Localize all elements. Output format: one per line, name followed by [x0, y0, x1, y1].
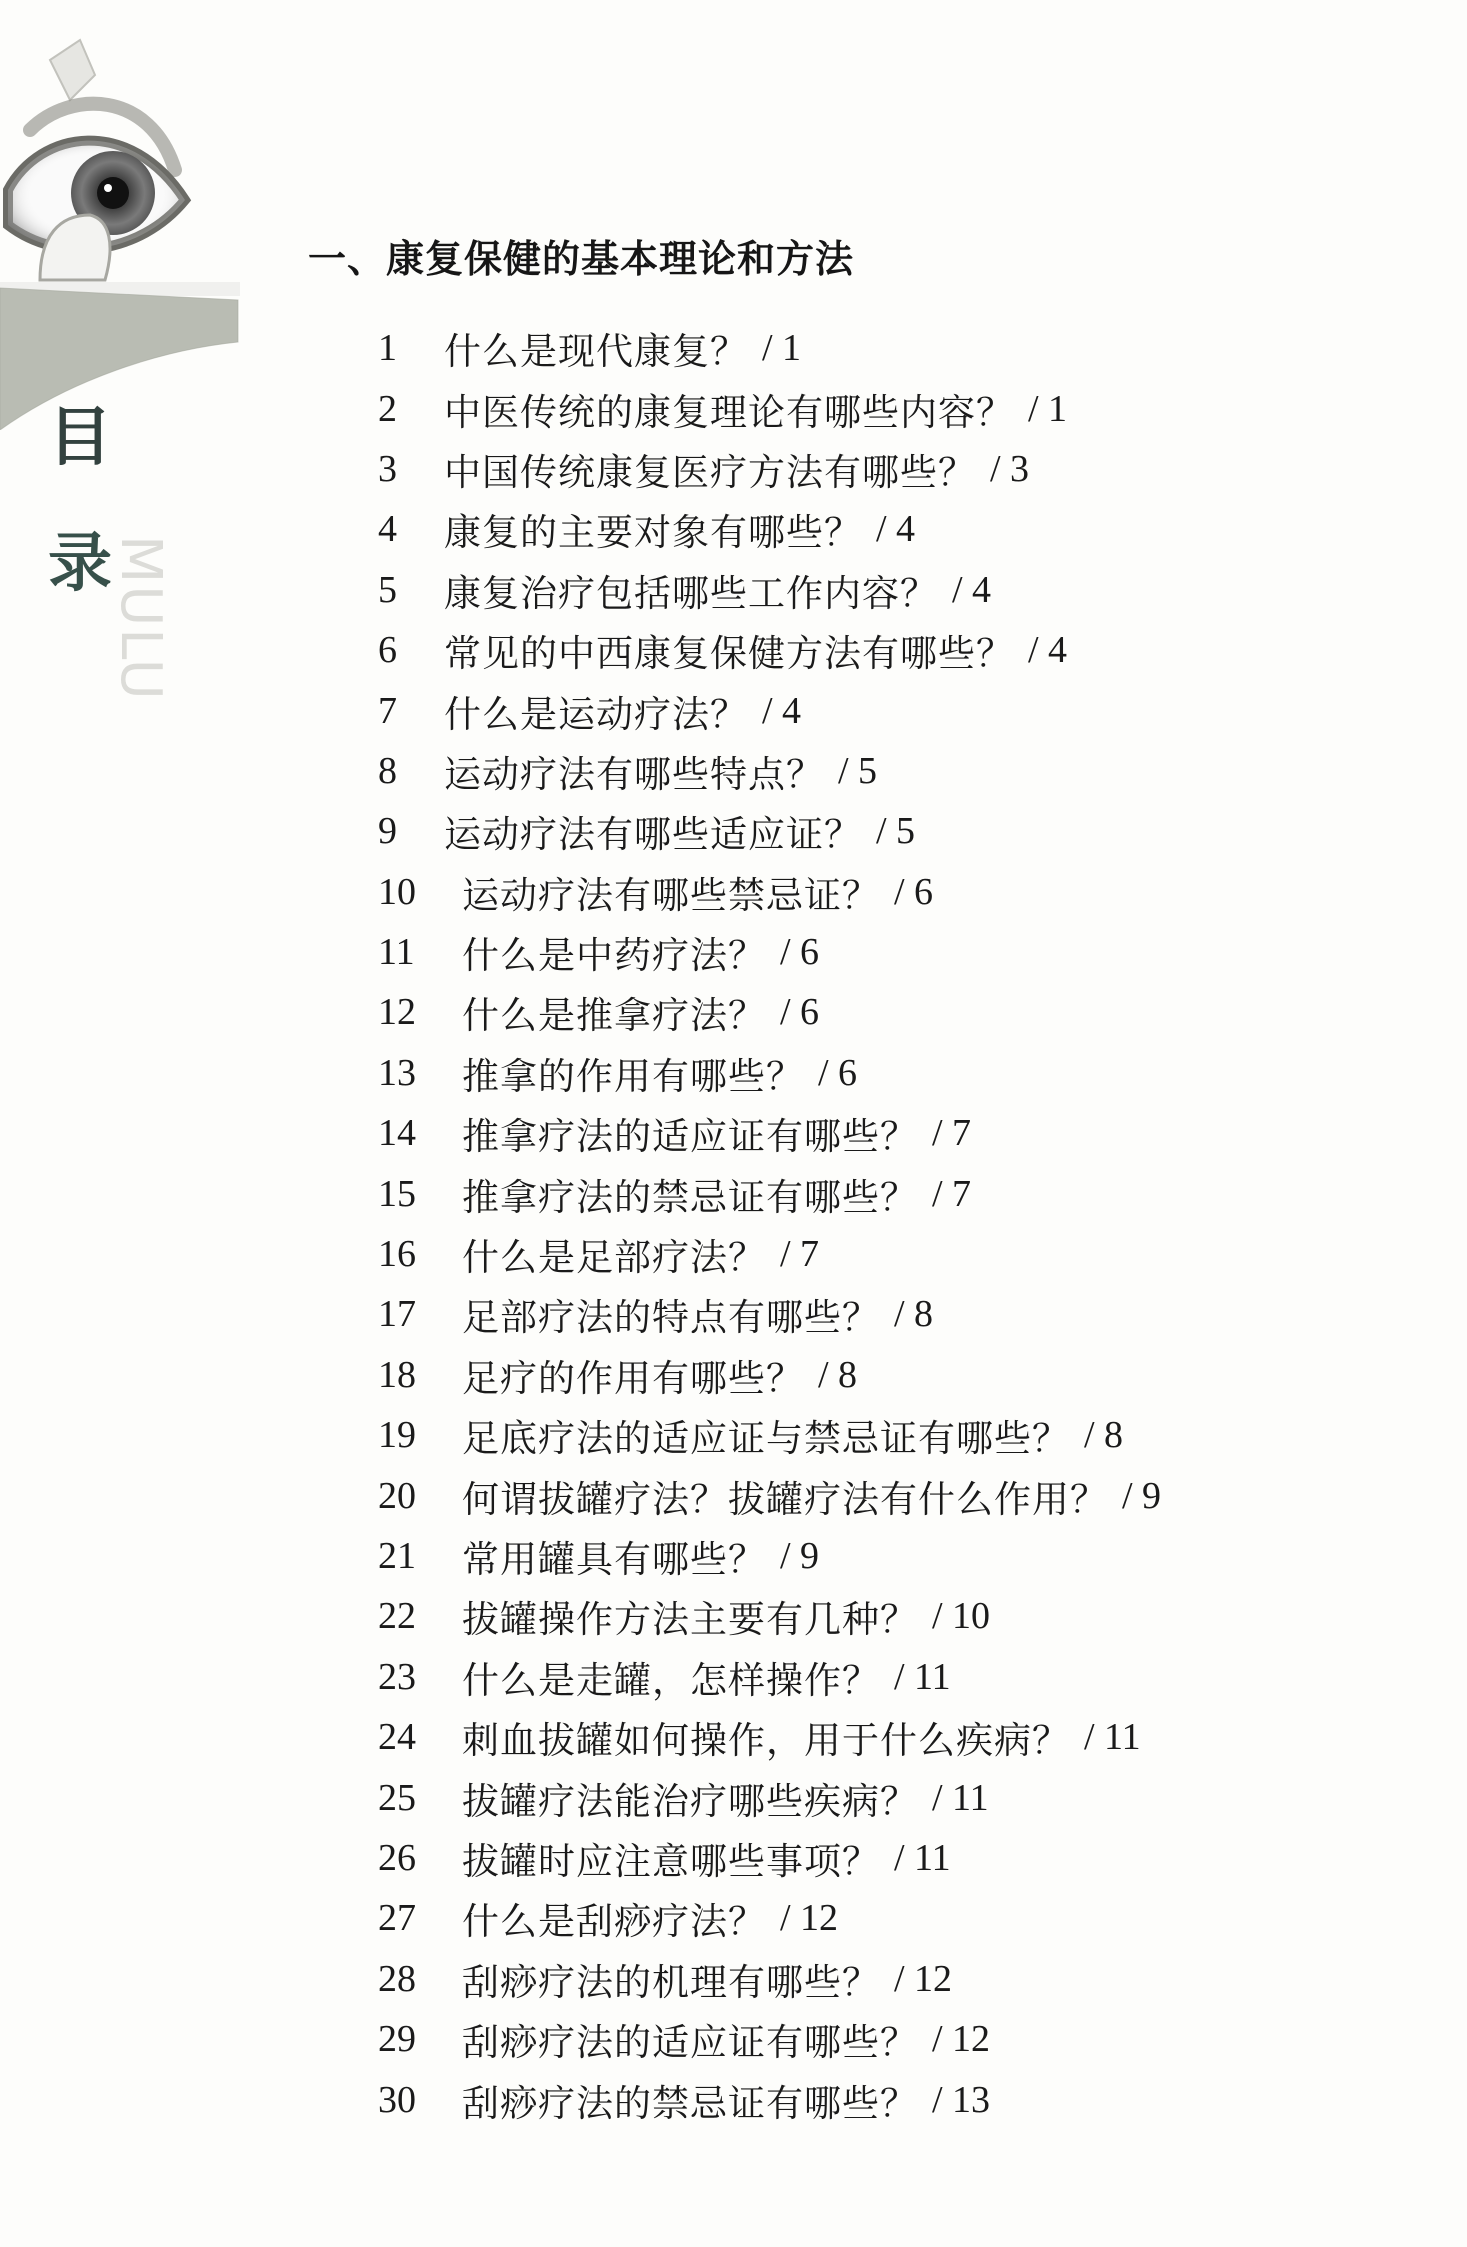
toc-entry-title: 运动疗法有哪些特点？ [444, 744, 824, 798]
toc-entry-number: 19 [378, 1413, 462, 1457]
toc-entry-number: 30 [378, 2078, 462, 2122]
toc-entry-title: 刮痧疗法的适应证有哪些？ [462, 2012, 918, 2066]
toc-entry-number: 3 [378, 447, 444, 491]
toc-entry-title: 康复的主要对象有哪些？ [444, 502, 862, 556]
toc-entry-number: 27 [378, 1896, 462, 1940]
toc-title-char-mu: 目 [48, 406, 112, 470]
toc-entry-number: 20 [378, 1474, 462, 1518]
toc-entry-number: 24 [378, 1715, 462, 1759]
toc-entry-page: / 6 [818, 1051, 857, 1095]
toc-entry-page: / 9 [780, 1534, 819, 1578]
toc-entry[interactable]: 30刮痧疗法的禁忌证有哪些？/ 13 [378, 2069, 1161, 2129]
toc-entry-number: 9 [378, 809, 444, 853]
toc-entry-page: / 13 [932, 2078, 990, 2122]
toc-entry-page: / 12 [780, 1896, 838, 1940]
toc-entry-page: / 11 [932, 1776, 989, 1820]
toc-entry[interactable]: 5康复治疗包括哪些工作内容？/ 4 [378, 560, 1161, 620]
decorative-sidebar: 目 录 MULU [0, 0, 260, 760]
toc-entry-page: / 5 [876, 809, 915, 853]
toc-entry[interactable]: 18足疗的作用有哪些？/ 8 [378, 1345, 1161, 1405]
toc-entry-title: 什么是中药疗法？ [462, 925, 766, 979]
toc-entry-page: / 11 [894, 1836, 951, 1880]
toc-entry-page: / 5 [838, 749, 877, 793]
toc-entry-page: / 11 [1084, 1715, 1141, 1759]
toc-entry-page: / 1 [1028, 387, 1067, 431]
toc-entry-page: / 4 [952, 568, 991, 612]
toc-entry-title: 拔罐操作方法主要有几种？ [462, 1589, 918, 1643]
toc-entry[interactable]: 15推拿疗法的禁忌证有哪些？/ 7 [378, 1163, 1161, 1223]
toc-entry-title: 常见的中西康复保健方法有哪些？ [444, 623, 1014, 677]
toc-entry-number: 2 [378, 387, 444, 431]
toc-entry-title: 推拿的作用有哪些？ [462, 1046, 804, 1100]
toc-entry-title: 中医传统的康复理论有哪些内容？ [444, 382, 1014, 436]
toc-entry-page: / 4 [876, 507, 915, 551]
toc-entry-page: / 11 [894, 1655, 951, 1699]
section-heading: 一、康复保健的基本理论和方法 [308, 228, 854, 283]
toc-entry[interactable]: 4康复的主要对象有哪些？/ 4 [378, 499, 1161, 559]
toc-entry-page: / 12 [894, 1957, 952, 2001]
toc-entry-title: 运动疗法有哪些适应证？ [444, 804, 862, 858]
toc-entry-number: 26 [378, 1836, 462, 1880]
toc-entry[interactable]: 10运动疗法有哪些禁忌证？/ 6 [378, 862, 1161, 922]
toc-entry[interactable]: 25拔罐疗法能治疗哪些疾病？/ 11 [378, 1767, 1161, 1827]
toc-entry[interactable]: 3中国传统康复医疗方法有哪些？/ 3 [378, 439, 1161, 499]
toc-entry-title: 拔罐疗法能治疗哪些疾病？ [462, 1771, 918, 1825]
toc-entry[interactable]: 23什么是走罐，怎样操作？/ 11 [378, 1647, 1161, 1707]
toc-entry-page: / 7 [932, 1111, 971, 1155]
toc-entry[interactable]: 24刺血拔罐如何操作，用于什么疾病？/ 11 [378, 1707, 1161, 1767]
toc-entry-title: 推拿疗法的禁忌证有哪些？ [462, 1167, 918, 1221]
toc-entry-title: 常用罐具有哪些？ [462, 1529, 766, 1583]
toc-entry[interactable]: 9运动疗法有哪些适应证？/ 5 [378, 801, 1161, 861]
toc-entry-title: 什么是刮痧疗法？ [462, 1891, 766, 1945]
toc-entry[interactable]: 26拔罐时应注意哪些事项？/ 11 [378, 1828, 1161, 1888]
toc-entry-title: 刮痧疗法的机理有哪些？ [462, 1952, 880, 2006]
toc-entry-number: 5 [378, 568, 444, 612]
toc-entry-number: 4 [378, 507, 444, 551]
toc-entry-number: 8 [378, 749, 444, 793]
toc-entry-number: 28 [378, 1957, 462, 2001]
toc-entry-title: 什么是运动疗法？ [444, 684, 748, 738]
toc-entry-number: 12 [378, 990, 462, 1034]
toc-entry-number: 14 [378, 1111, 462, 1155]
toc-entry-page: / 8 [894, 1292, 933, 1336]
toc-entry-page: / 9 [1122, 1474, 1161, 1518]
toc-entry-number: 16 [378, 1232, 462, 1276]
toc-entry[interactable]: 20何谓拔罐疗法？拔罐疗法有什么作用？/ 9 [378, 1465, 1161, 1525]
toc-entry-page: / 4 [1028, 628, 1067, 672]
toc-entry[interactable]: 14推拿疗法的适应证有哪些？/ 7 [378, 1103, 1161, 1163]
toc-entry-page: / 12 [932, 2017, 990, 2061]
toc-entry[interactable]: 27什么是刮痧疗法？/ 12 [378, 1888, 1161, 1948]
toc-entry-page: / 4 [762, 689, 801, 733]
toc-entry-number: 10 [378, 870, 462, 914]
toc-entry[interactable]: 19足底疗法的适应证与禁忌证有哪些？/ 8 [378, 1405, 1161, 1465]
toc-entry-page: / 7 [780, 1232, 819, 1276]
toc-entry-number: 6 [378, 628, 444, 672]
toc-entry[interactable]: 1什么是现代康复？/ 1 [378, 318, 1161, 378]
toc-entry-number: 11 [378, 930, 462, 974]
toc-entry-title: 足底疗法的适应证与禁忌证有哪些？ [462, 1408, 1070, 1462]
toc-entry-number: 7 [378, 689, 444, 733]
toc-entry[interactable]: 8运动疗法有哪些特点？/ 5 [378, 741, 1161, 801]
toc-entry[interactable]: 12什么是推拿疗法？/ 6 [378, 982, 1161, 1042]
toc-entry[interactable]: 11什么是中药疗法？/ 6 [378, 922, 1161, 982]
toc-list: 1什么是现代康复？/ 1 2中医传统的康复理论有哪些内容？/ 1 3中国传统康复… [378, 318, 1161, 2130]
toc-entry-title: 什么是走罐，怎样操作？ [462, 1650, 880, 1704]
toc-entry-title: 康复治疗包括哪些工作内容？ [444, 563, 938, 617]
toc-entry-page: / 8 [1084, 1413, 1123, 1457]
toc-entry-page: / 1 [762, 326, 801, 370]
toc-entry[interactable]: 21常用罐具有哪些？/ 9 [378, 1526, 1161, 1586]
toc-entry-number: 1 [378, 326, 444, 370]
toc-entry-number: 15 [378, 1172, 462, 1216]
toc-entry-page: / 10 [932, 1594, 990, 1638]
toc-entry-title: 什么是现代康复？ [444, 321, 748, 375]
toc-entry-title: 推拿疗法的适应证有哪些？ [462, 1106, 918, 1160]
mulu-watermark: MULU [108, 535, 168, 735]
toc-entry-number: 17 [378, 1292, 462, 1336]
toc-entry-title: 运动疗法有哪些禁忌证？ [462, 865, 880, 919]
toc-entry[interactable]: 28刮痧疗法的机理有哪些？/ 12 [378, 1949, 1161, 2009]
toc-entry-page: / 6 [894, 870, 933, 914]
toc-entry[interactable]: 22拔罐操作方法主要有几种？/ 10 [378, 1586, 1161, 1646]
toc-entry-title: 足部疗法的特点有哪些？ [462, 1287, 880, 1341]
toc-entry[interactable]: 2中医传统的康复理论有哪些内容？/ 1 [378, 378, 1161, 438]
toc-entry[interactable]: 17足部疗法的特点有哪些？/ 8 [378, 1284, 1161, 1344]
toc-entry-title: 中国传统康复医疗方法有哪些？ [444, 442, 976, 496]
toc-entry-number: 21 [378, 1534, 462, 1578]
toc-entry-title: 刺血拔罐如何操作，用于什么疾病？ [462, 1710, 1070, 1764]
toc-entry[interactable]: 7什么是运动疗法？/ 4 [378, 680, 1161, 740]
toc-entry[interactable]: 13推拿的作用有哪些？/ 6 [378, 1043, 1161, 1103]
toc-entry-title: 什么是推拿疗法？ [462, 985, 766, 1039]
decorative-gray-band [0, 270, 240, 430]
toc-entry-title: 什么是足部疗法？ [462, 1227, 766, 1281]
toc-entry-page: / 6 [780, 930, 819, 974]
toc-entry-number: 25 [378, 1776, 462, 1820]
toc-entry-number: 22 [378, 1594, 462, 1638]
toc-entry-number: 29 [378, 2017, 462, 2061]
toc-entry-page: / 6 [780, 990, 819, 1034]
toc-entry-page: / 8 [818, 1353, 857, 1397]
toc-entry-page: / 3 [990, 447, 1029, 491]
toc-entry[interactable]: 29刮痧疗法的适应证有哪些？/ 12 [378, 2009, 1161, 2069]
toc-entry-title: 刮痧疗法的禁忌证有哪些？ [462, 2073, 918, 2127]
toc-entry[interactable]: 6常见的中西康复保健方法有哪些？/ 4 [378, 620, 1161, 680]
toc-entry-number: 18 [378, 1353, 462, 1397]
toc-entry-title: 何谓拔罐疗法？拔罐疗法有什么作用？ [462, 1469, 1108, 1523]
toc-entry-number: 13 [378, 1051, 462, 1095]
toc-entry[interactable]: 16什么是足部疗法？/ 7 [378, 1224, 1161, 1284]
toc-entry-title: 拔罐时应注意哪些事项？ [462, 1831, 880, 1885]
toc-entry-title: 足疗的作用有哪些？ [462, 1348, 804, 1402]
toc-title-char-lu: 录 [48, 532, 112, 596]
toc-entry-page: / 7 [932, 1172, 971, 1216]
toc-entry-number: 23 [378, 1655, 462, 1699]
